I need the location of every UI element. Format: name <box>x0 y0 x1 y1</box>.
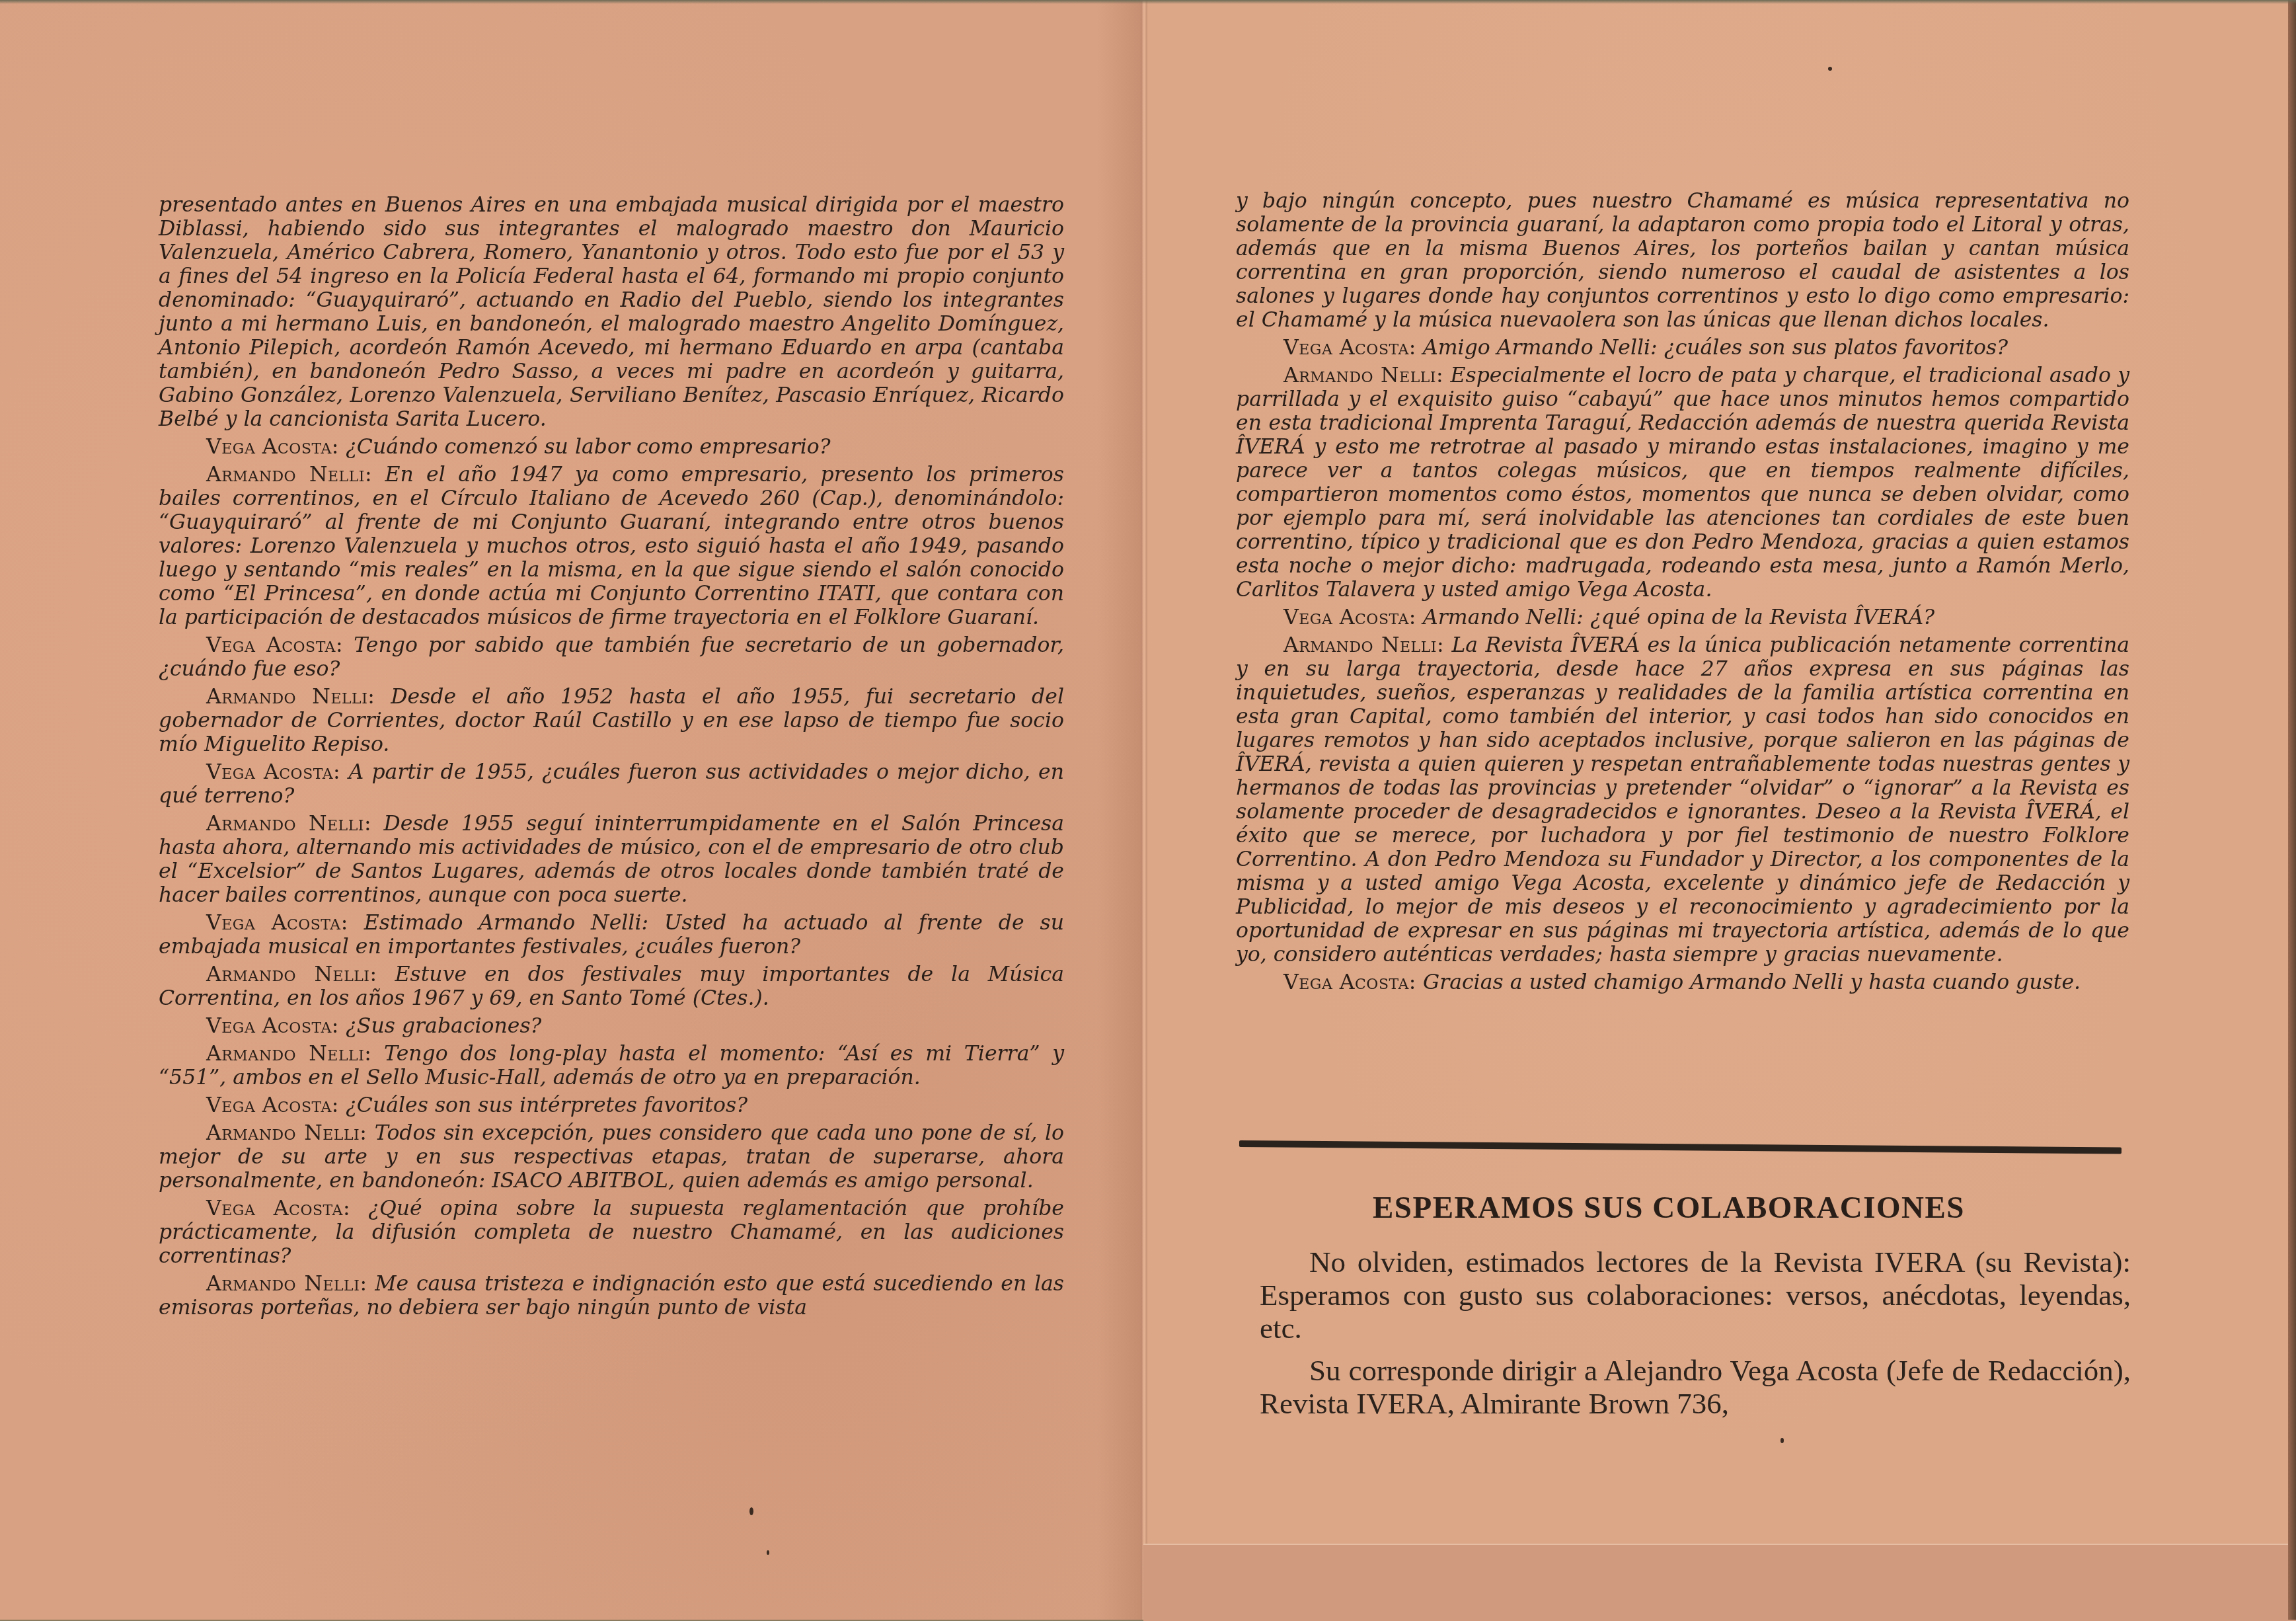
interview-paragraph: Armando Nelli: Especialmente el locro de… <box>1236 364 2129 602</box>
interview-paragraph: Vega Acosta: Gracias a usted chamigo Arm… <box>1236 970 2129 994</box>
speaker-label: Armando Nelli: <box>206 1042 371 1066</box>
interview-paragraph: Vega Acosta: ¿Cuáles son sus intérpretes… <box>159 1093 1064 1117</box>
speaker-label: Armando Nelli: <box>206 963 377 986</box>
paper-speck <box>767 1550 769 1555</box>
speaker-label: Vega Acosta: <box>206 911 348 935</box>
collaborations-notice: ESPERAMOS SUS COLABORACIONES No olviden,… <box>1260 1190 2131 1429</box>
speaker-label: Vega Acosta: <box>1283 970 1416 994</box>
right-page-interview-column: y bajo ningún concepto, pues nuestro Cha… <box>1236 189 2129 998</box>
interview-paragraph: Armando Nelli: En el año 1947 ya como em… <box>159 463 1064 629</box>
paragraph-text: Armando Nelli: ¿qué opina de la Revista … <box>1423 606 1934 629</box>
interview-paragraph: Vega Acosta: Armando Nelli: ¿qué opina d… <box>1236 606 2129 629</box>
interview-paragraph: Armando Nelli: Desde el año 1952 hasta e… <box>159 685 1064 756</box>
paragraph-text: Gracias a usted chamigo Armando Nelli y … <box>1423 970 2081 994</box>
paragraph-text: Especialmente el locro de pata y charque… <box>1236 364 2129 602</box>
speaker-label: Armando Nelli: <box>206 1121 367 1145</box>
page-spine-fold <box>1141 0 1147 1620</box>
notice-paragraph: Su corresponde dirigir a Alejandro Vega … <box>1260 1354 2131 1420</box>
spine-shadow <box>1097 0 1141 1620</box>
interview-paragraph: Armando Nelli: Estuve en dos festivales … <box>159 963 1064 1010</box>
interview-paragraph: presentado antes en Buenos Aires en una … <box>159 193 1064 431</box>
paper-speck <box>1828 67 1832 71</box>
speaker-label: Vega Acosta: <box>206 760 340 784</box>
page-top-edge <box>0 0 2296 4</box>
interview-paragraph: Armando Nelli: La Revista ÎVERÁ es la ún… <box>1236 633 2129 967</box>
interview-paragraph: Armando Nelli: Todos sin excepción, pues… <box>159 1121 1064 1193</box>
interview-paragraph: Vega Acosta: ¿Qué opina sobre la supuest… <box>159 1197 1064 1268</box>
paragraph-text: ¿Sus grabaciones? <box>346 1014 542 1038</box>
speaker-label: Vega Acosta: <box>206 435 339 459</box>
left-page-interview-column: presentado antes en Buenos Aires en una … <box>159 193 1064 1324</box>
paragraph-text: y bajo ningún concepto, pues nuestro Cha… <box>1236 189 2129 332</box>
interview-paragraph: Vega Acosta: ¿Sus grabaciones? <box>159 1014 1064 1038</box>
paragraph-text: presentado antes en Buenos Aires en una … <box>159 193 1064 431</box>
speaker-label: Armando Nelli: <box>1283 633 1444 657</box>
paper-speck <box>749 1507 753 1515</box>
interview-paragraph: Armando Nelli: Desde 1955 seguí ininterr… <box>159 812 1064 907</box>
interview-paragraph: Vega Acosta: A partir de 1955, ¿cuáles f… <box>159 760 1064 808</box>
speaker-label: Vega Acosta: <box>206 1197 350 1220</box>
notice-paragraph: No olviden, estimados lectores de la Rev… <box>1260 1245 2131 1345</box>
speaker-label: Armando Nelli: <box>206 812 371 836</box>
interview-paragraph: Armando Nelli: Tengo dos long-play hasta… <box>159 1042 1064 1089</box>
page-right-edge <box>2288 0 2296 1620</box>
speaker-label: Armando Nelli: <box>206 685 375 709</box>
speaker-label: Vega Acosta: <box>1283 336 1416 360</box>
paragraph-text: ¿Cuándo comenzó su labor como empresario… <box>346 435 831 459</box>
paragraph-text: ¿Cuáles son sus intérpretes favoritos? <box>346 1093 747 1117</box>
interview-paragraph: Vega Acosta: ¿Cuándo comenzó su labor co… <box>159 435 1064 459</box>
torn-bottom-flap <box>1143 1544 2296 1620</box>
interview-paragraph: Vega Acosta: Tengo por sabido que tambié… <box>159 633 1064 681</box>
speaker-label: Vega Acosta: <box>1283 606 1416 629</box>
speaker-label: Vega Acosta: <box>206 1014 339 1038</box>
paragraph-text: En el año 1947 ya como empresario, prese… <box>159 463 1064 629</box>
paper-speck <box>1780 1438 1784 1443</box>
interview-paragraph: y bajo ningún concepto, pues nuestro Cha… <box>1236 189 2129 332</box>
speaker-label: Vega Acosta: <box>206 633 343 657</box>
magazine-spread: presentado antes en Buenos Aires en una … <box>0 0 2296 1620</box>
interview-paragraph: Vega Acosta: Amigo Armando Nelli: ¿cuále… <box>1236 336 2129 360</box>
speaker-label: Armando Nelli: <box>1283 364 1443 387</box>
paragraph-text: Amigo Armando Nelli: ¿cuáles son sus pla… <box>1423 336 2008 360</box>
paragraph-text: La Revista ÎVERÁ es la única publicación… <box>1236 633 2129 967</box>
interview-paragraph: Armando Nelli: Me causa tristeza e indig… <box>159 1272 1064 1320</box>
speaker-label: Vega Acosta: <box>206 1093 339 1117</box>
speaker-label: Armando Nelli: <box>206 463 372 487</box>
notice-heading: ESPERAMOS SUS COLABORACIONES <box>1260 1190 2131 1226</box>
interview-paragraph: Vega Acosta: Estimado Armando Nelli: Ust… <box>159 911 1064 959</box>
speaker-label: Armando Nelli: <box>206 1272 367 1296</box>
